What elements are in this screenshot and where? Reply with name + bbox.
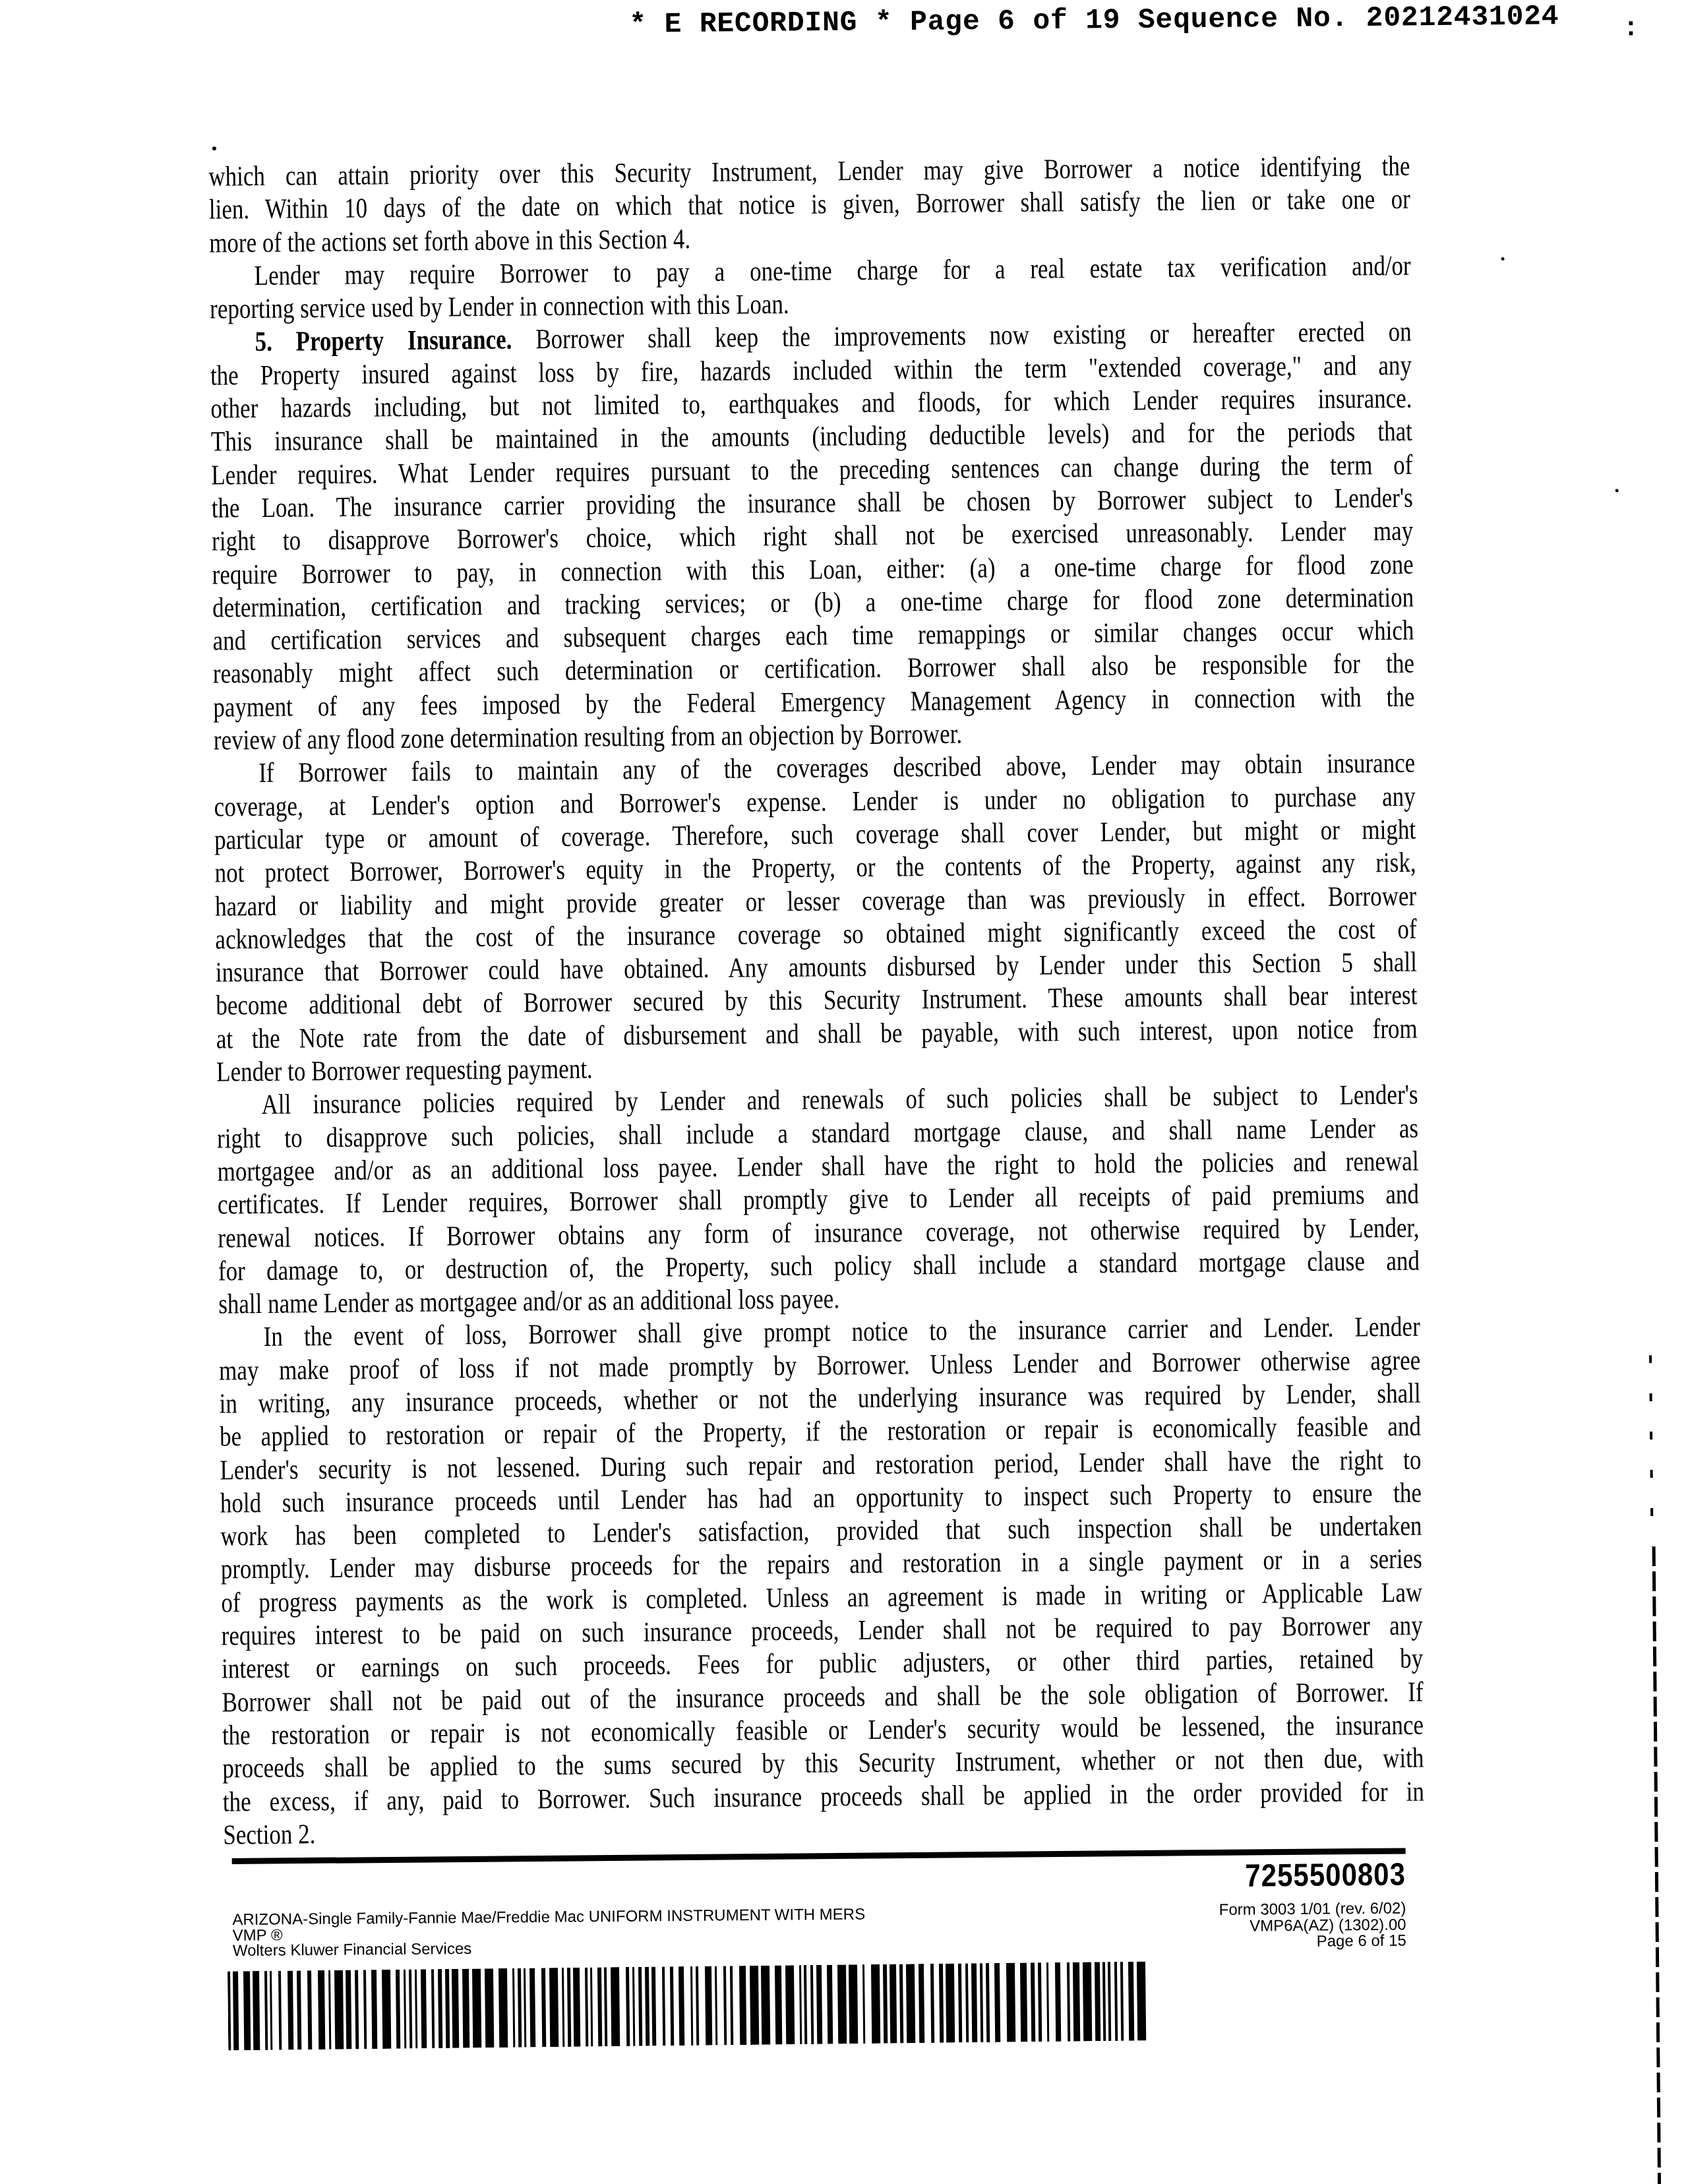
- scanned-document-page: * E RECORDING * Page 6 of 19 Sequence No…: [0, 0, 1688, 2184]
- barcode-bar: [518, 1968, 522, 2048]
- barcode-bar: [421, 1969, 427, 2048]
- barcode-bar: [334, 1970, 344, 2049]
- scan-speck: [212, 146, 216, 150]
- footer-right-block: Form 3003 1/01 (rev. 6/02) VMP6A(AZ) (13…: [1219, 1900, 1406, 1951]
- barcode-bar: [1038, 1962, 1042, 2042]
- barcode-bar: [670, 1966, 674, 2046]
- barcode-bar: [541, 1968, 546, 2047]
- barcode-bar: [750, 1966, 759, 2045]
- barcode-bar: [452, 1969, 459, 2048]
- barcode-bar: [638, 1967, 642, 2046]
- barcode-bar: [270, 1971, 272, 2050]
- barcode-bar: [939, 1964, 944, 2043]
- barcode-bar: [862, 1964, 865, 2044]
- barcode-bar: [730, 1966, 733, 2045]
- barcode-bar: [1114, 1962, 1118, 2041]
- barcode-bar: [567, 1968, 571, 2047]
- loan-number: 7255500803: [1245, 1856, 1406, 1894]
- barcode-bar: [1083, 1962, 1092, 2041]
- document-body-text: which can attain priority over this Secu…: [208, 150, 1424, 1852]
- barcode-bar: [980, 1963, 983, 2042]
- barcode-bar: [287, 1970, 293, 2049]
- barcode-bar: [264, 1971, 268, 2050]
- barcode-bar: [1102, 1962, 1106, 2041]
- barcode-bar: [590, 1968, 593, 2047]
- barcode-bar: [1046, 1962, 1049, 2042]
- barcode-bar: [611, 1967, 620, 2046]
- barcode-bar: [415, 1969, 417, 2048]
- footer-left-block: ARIZONA-Single Family-Fannie Mae/Freddie…: [232, 1907, 865, 1959]
- barcode-bar: [307, 1970, 312, 2049]
- barcode-bar: [827, 1965, 833, 2044]
- barcode-bar: [971, 1963, 977, 2042]
- barcode-bar: [804, 1965, 807, 2044]
- barcode-bar: [775, 1965, 782, 2044]
- barcode-bar: [946, 1964, 955, 2043]
- barcode-bar: [278, 1971, 282, 2050]
- barcode-bar: [462, 1969, 469, 2048]
- barcode-bar: [883, 1964, 888, 2044]
- barcode-bar: [1095, 1962, 1100, 2041]
- barcode-bar: [371, 1970, 377, 2049]
- barcode-bar: [899, 1964, 903, 2043]
- barcode-bar: [498, 1968, 508, 2048]
- barcode-bar: [363, 1970, 367, 2049]
- barcode-bar: [965, 1963, 969, 2042]
- barcode-bar: [626, 1967, 630, 2046]
- barcode-bar: [562, 1968, 564, 2047]
- barcode-bar: [524, 1968, 526, 2048]
- barcode-bar: [573, 1968, 580, 2047]
- barcode-bar: [715, 1966, 717, 2046]
- barcode-bar: [1006, 1963, 1015, 2042]
- barcode-bar: [810, 1965, 814, 2044]
- barcode-bar: [1067, 1962, 1070, 2042]
- e-recording-header: * E RECORDING * Page 6 of 19 Sequence No…: [629, 0, 1559, 40]
- barcode-bar: [409, 1970, 412, 2049]
- barcode-bar: [297, 1970, 301, 2049]
- barcode-bar: [705, 1966, 712, 2046]
- barcode-bar: [690, 1966, 693, 2046]
- barcode-bar: [1108, 1962, 1111, 2041]
- barcode-bar: [318, 1970, 325, 2049]
- barcode-bar: [986, 1963, 990, 2042]
- barcode-bar: [919, 1964, 924, 2043]
- barcode-bar: [799, 1965, 802, 2044]
- barcode-bar: [785, 1965, 795, 2044]
- scan-speck: [1615, 489, 1619, 493]
- barcode-bar: [723, 1966, 727, 2045]
- barcode-bar: [529, 1968, 535, 2047]
- barcode-bar: [930, 1964, 934, 2043]
- barcode-bar: [889, 1964, 897, 2044]
- barcode-bar: [346, 1970, 351, 2049]
- barcode-bar: [651, 1967, 656, 2046]
- barcode-bar: [761, 1966, 770, 2045]
- barcode-bar: [597, 1967, 602, 2046]
- barcode-bar: [243, 1971, 251, 2050]
- barcode-bar: [696, 1966, 699, 2046]
- scan-edge-line: [1652, 1546, 1661, 2184]
- barcode: [227, 1961, 1151, 2050]
- barcode-bar: [355, 1970, 359, 2049]
- page-number-line: Page 6 of 15: [1219, 1933, 1406, 1951]
- barcode-bar: [1031, 1962, 1035, 2042]
- barcode-bar: [485, 1968, 494, 2048]
- barcode-bar: [328, 1970, 331, 2049]
- barcode-bar: [472, 1968, 481, 2048]
- scan-edge-dashes: [1649, 1355, 1654, 1546]
- barcode-bar: [549, 1968, 558, 2047]
- barcode-bar: [445, 1969, 450, 2048]
- barcode-bar: [678, 1966, 684, 2046]
- barcode-bar: [632, 1967, 635, 2046]
- barcode-bar: [837, 1964, 847, 2044]
- barcode-bar: [233, 1971, 239, 2050]
- barcode-bar: [1128, 1962, 1134, 2041]
- scan-edge-mark: :: [1623, 14, 1639, 44]
- barcode-bar: [512, 1968, 515, 2048]
- barcode-bar: [1120, 1962, 1124, 2041]
- barcode-bar: [906, 1964, 915, 2043]
- barcode-bar: [994, 1963, 1000, 2042]
- barcode-bar: [253, 1971, 260, 2050]
- barcode-bar: [849, 1964, 858, 2044]
- barcode-bar: [227, 1971, 231, 2050]
- barcode-bar: [816, 1965, 822, 2044]
- barcode-bar: [871, 1964, 880, 2044]
- scan-speck: [1501, 257, 1505, 260]
- barcode-bar: [404, 1970, 406, 2049]
- barcode-bar: [585, 1968, 588, 2047]
- wolters-kluwer-line: Wolters Kluwer Financial Services: [233, 1938, 866, 1959]
- barcode-bar: [1020, 1962, 1027, 2042]
- barcode-bar: [1055, 1962, 1061, 2042]
- barcode-bar: [645, 1967, 649, 2046]
- barcode-bar: [1073, 1962, 1080, 2042]
- barcode-bar: [739, 1966, 746, 2045]
- barcode-bar: [958, 1963, 962, 2042]
- barcode-bar: [438, 1969, 442, 2048]
- barcode-bar: [382, 1970, 391, 2049]
- barcode-bar: [396, 1970, 400, 2049]
- barcode-bar: [604, 1967, 607, 2046]
- barcode-bar: [431, 1969, 435, 2048]
- barcode-bar: [1137, 1961, 1146, 2040]
- barcode-bar: [662, 1966, 665, 2046]
